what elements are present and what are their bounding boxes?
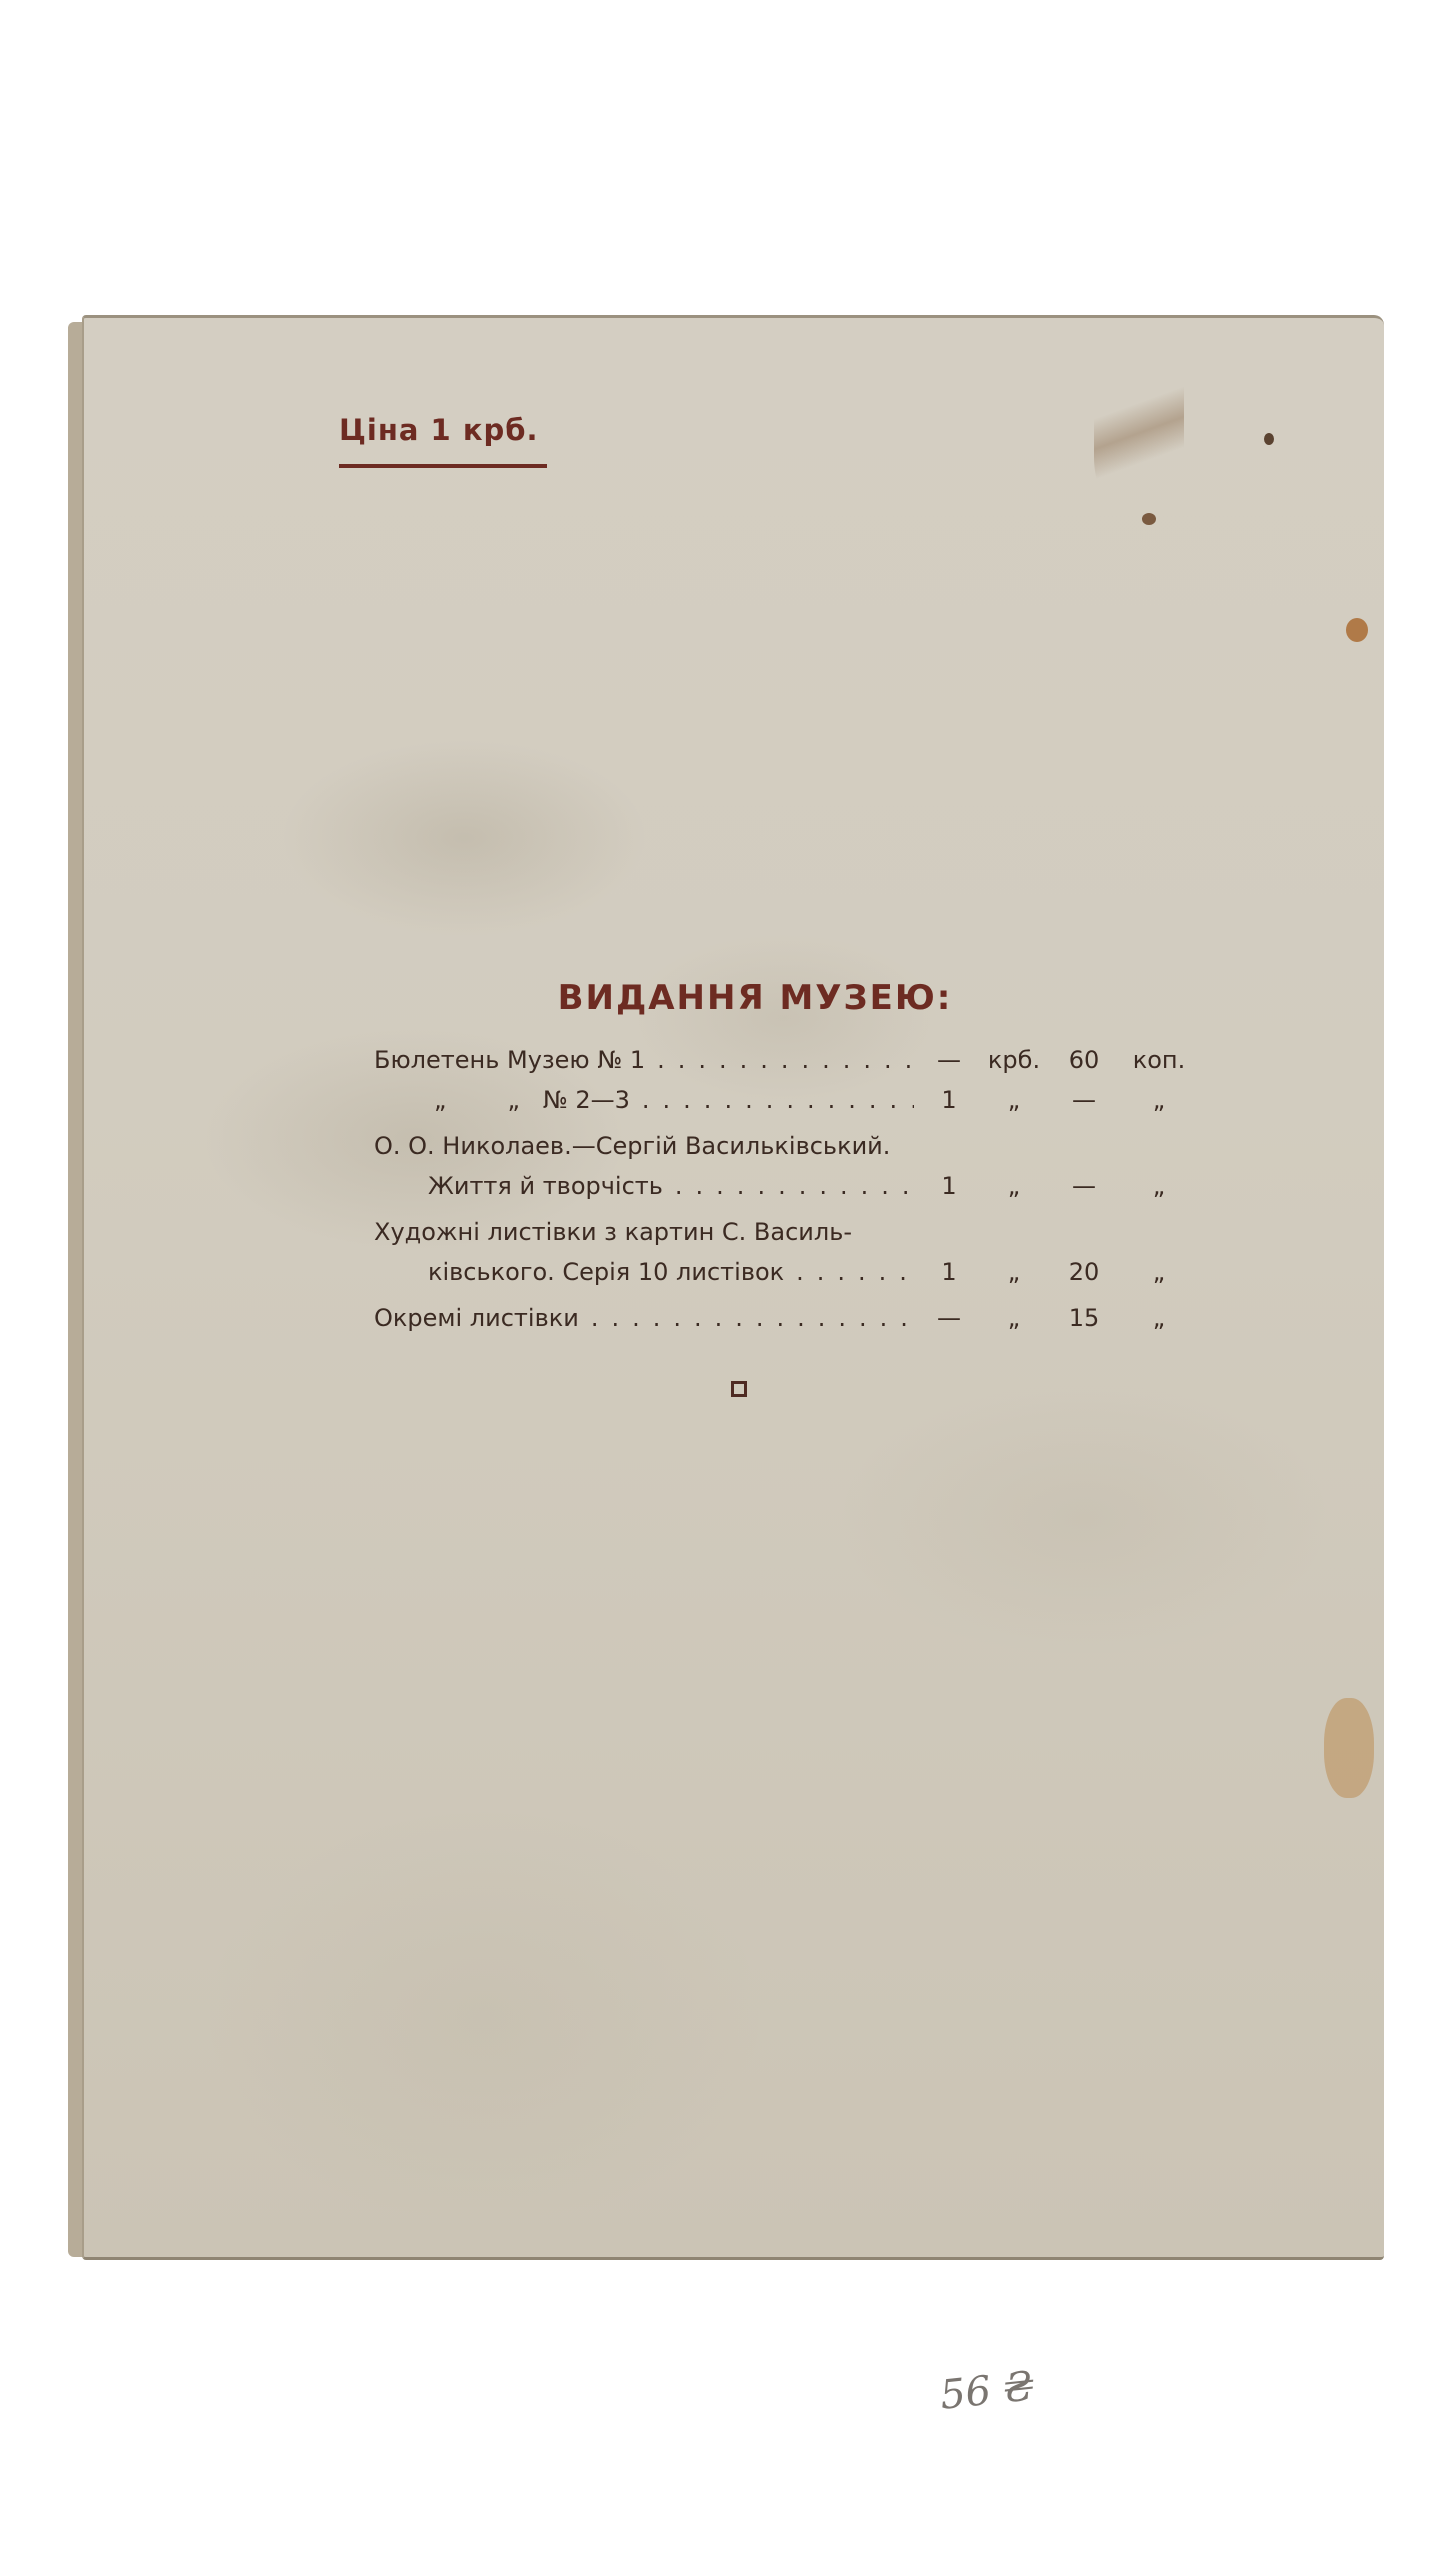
entry-col1: 1: [914, 1086, 984, 1114]
entry-col2: крб.: [984, 1046, 1044, 1074]
leader-dots: ..................................: [645, 1046, 914, 1074]
ink-spot: [1264, 433, 1274, 445]
entry-col1: 1: [914, 1172, 984, 1200]
entry-col3: 20: [1044, 1258, 1124, 1286]
entry-col2: „: [984, 1086, 1044, 1114]
entry-title-line2: ківського. Серія 10 листівок: [374, 1258, 784, 1286]
entry-title: „ „ № 2—3: [374, 1086, 630, 1114]
entry-col2: „: [984, 1304, 1044, 1332]
entry-col1: —: [914, 1304, 984, 1332]
square-ornament-icon: [731, 1381, 747, 1397]
entry-title: Бюлетень Музею № 1: [374, 1046, 645, 1074]
leader-dots: ..................................: [579, 1304, 914, 1332]
leader-dots: ..................................: [784, 1258, 914, 1286]
entry-col2: „: [984, 1172, 1044, 1200]
publications-list: Бюлетень Музею № 1 .....................…: [374, 1046, 1194, 1344]
entry-col1: —: [914, 1046, 984, 1074]
section-heading: ВИДАННЯ МУЗЕЮ:: [84, 978, 1386, 1018]
price-underline: [339, 464, 547, 468]
entry-col4: „: [1124, 1086, 1194, 1114]
entry-col3: 60: [1044, 1046, 1124, 1074]
ink-spot: [1142, 513, 1156, 525]
entry-title: Художні листівки з картин С. Василь-: [374, 1218, 852, 1246]
entry-title: Окремі листівки: [374, 1304, 579, 1332]
entry-col2: „: [984, 1258, 1044, 1286]
water-stain: [1324, 1698, 1374, 1798]
entry-col4: „: [1124, 1172, 1194, 1200]
list-item-continuation: ківського. Серія 10 листівок ...........…: [374, 1258, 1194, 1298]
entry-title: О. О. Николаев.—Сергій Васильківський.: [374, 1132, 890, 1160]
entry-col4: коп.: [1124, 1046, 1194, 1074]
entry-col1: 1: [914, 1258, 984, 1286]
list-item-continuation: Життя й творчість ......................…: [374, 1172, 1194, 1212]
rust-spot: [1346, 618, 1368, 642]
leader-dots: ..................................: [663, 1172, 914, 1200]
list-item: Бюлетень Музею № 1 .....................…: [374, 1046, 1194, 1086]
entry-col3: —: [1044, 1086, 1124, 1114]
list-item: „ „ № 2—3 ..............................…: [374, 1086, 1194, 1126]
tear-stain: [1094, 338, 1184, 508]
entry-col3: 15: [1044, 1304, 1124, 1332]
entry-col4: „: [1124, 1258, 1194, 1286]
list-item: О. О. Николаев.—Сергій Васильківський.: [374, 1132, 1194, 1172]
handwritten-note: 56 ₴: [938, 2363, 1037, 2419]
entry-title-line2: Життя й творчість: [374, 1172, 663, 1200]
entry-col4: „: [1124, 1304, 1194, 1332]
leader-dots: ..................................: [630, 1086, 914, 1114]
list-item: Окремі листівки ........................…: [374, 1304, 1194, 1344]
document-page: Ціна 1 крб. ВИДАННЯ МУЗЕЮ: Бюлетень Музе…: [82, 315, 1384, 2260]
entry-col3: —: [1044, 1172, 1124, 1200]
price-label: Ціна 1 крб.: [339, 413, 539, 447]
list-item: Художні листівки з картин С. Василь-: [374, 1218, 1194, 1258]
